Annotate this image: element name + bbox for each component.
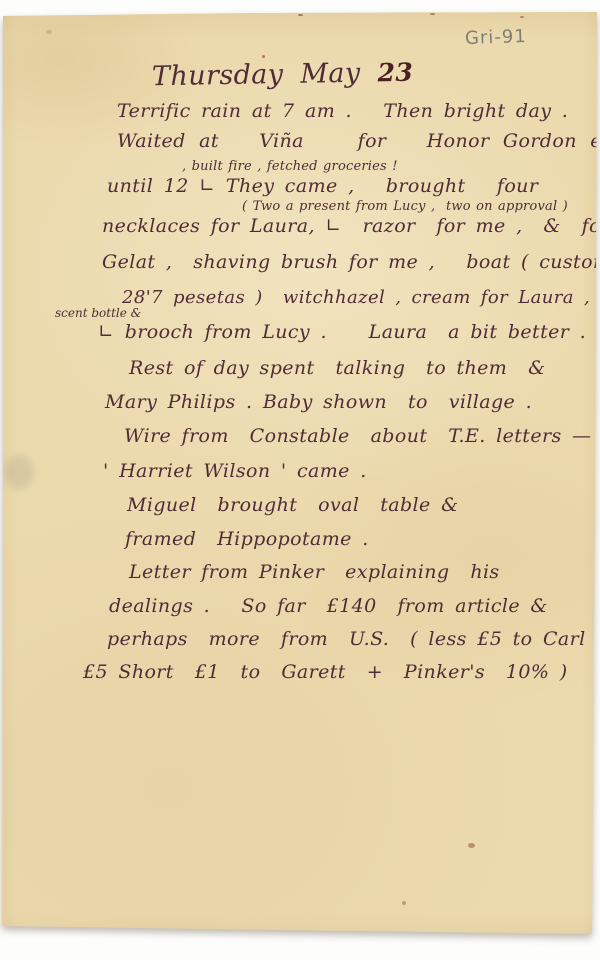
foxing-spot xyxy=(430,13,435,15)
diary-line: Gelat , shaving brush for me , boat ( cu… xyxy=(102,252,600,273)
pencil-smudge xyxy=(4,455,34,489)
diary-line: Miguel brought oval table & xyxy=(127,495,458,516)
diary-line: perhaps more from U.S. ( less £5 to Carl xyxy=(107,629,586,650)
foxing-spot xyxy=(520,16,524,18)
diary-line: Terrific rain at 7 am . Then bright day … xyxy=(117,101,568,122)
paper-sheet-shadow: Gri-91 Thursday May 23 Terrific rain at … xyxy=(0,0,600,960)
diary-line: Letter from Pinker explaining his xyxy=(129,562,500,583)
date-heading-day: Thursday May xyxy=(152,58,361,93)
diary-line: ∟ brooch from Lucy . Laura a bit better … xyxy=(98,322,586,343)
diary-line: Waited at Viña for Honor Gordon etc xyxy=(117,131,600,152)
foxing-spot xyxy=(298,14,303,16)
diary-line: necklaces for Laura, ∟ razor for me , & … xyxy=(102,216,600,237)
diary-line: Wire from Constable about T.E. letters — xyxy=(124,426,591,447)
margin-note: scent bottle & xyxy=(55,307,141,320)
diary-line: until 12 ∟ They came , brought four xyxy=(107,176,538,197)
diary-entry: Thursday May 23 Terrific rain at 7 am . … xyxy=(0,0,600,960)
diary-line: framed Hippopotame . xyxy=(125,529,369,550)
foxing-spot xyxy=(46,30,52,34)
diary-line: ' Harriet Wilson ' came . xyxy=(103,461,367,482)
diary-line: 28'7 pesetas ) witchhazel , cream for La… xyxy=(122,288,600,308)
date-heading-number: 23 xyxy=(377,58,413,88)
foxing-spot xyxy=(468,843,475,848)
interlinear-insertion: , built fire , fetched groceries ! xyxy=(182,160,398,174)
photographed-diary-page: { "annotation": { "code": "Gri-91" }, "h… xyxy=(0,0,600,960)
manuscript-paper: Gri-91 Thursday May 23 Terrific rain at … xyxy=(0,0,600,960)
date-heading: Thursday May 23 xyxy=(152,58,414,92)
diary-line: Rest of day spent talking to them & xyxy=(129,358,545,379)
diary-line: Mary Philips . Baby shown to village . xyxy=(105,392,532,413)
diary-line: £5 Short £1 to Garett + Pinker's 10% ) xyxy=(83,662,568,683)
diary-line: dealings . So far £140 from article & xyxy=(109,596,548,617)
foxing-spot xyxy=(402,901,406,905)
interlinear-insertion: ( Two a present from Lucy , two on appro… xyxy=(242,200,568,214)
foxing-spot xyxy=(262,55,265,58)
